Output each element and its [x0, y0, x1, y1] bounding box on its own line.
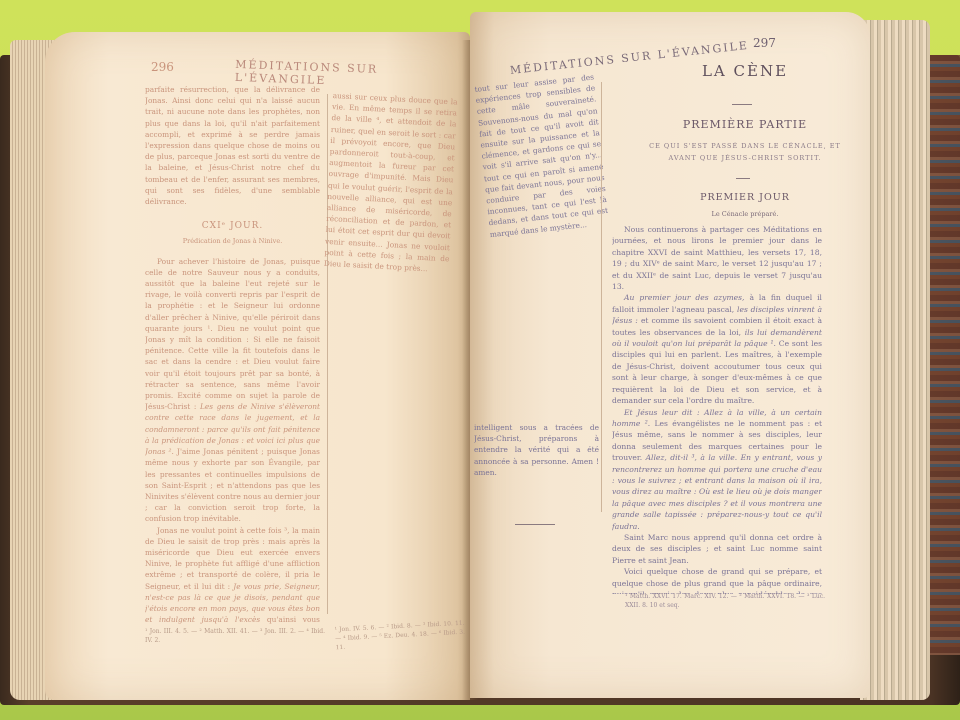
right-footnote-2: ¹ Matth. XXVI. 17. Marc. XIV. 12. — ² Ma… [625, 592, 825, 616]
paragraph: intelligent sous a tracées de Jésus-Chri… [474, 422, 599, 478]
section-subtitle: Prédication de Jonas à Ninive. [145, 236, 320, 247]
paragraph: aussi sur ceux plus douce que la vie. En… [324, 90, 458, 276]
left-page-number: 296 [151, 60, 174, 74]
paragraph: Au premier jour des azymes, à la fin duq… [612, 292, 822, 406]
right-column-2: Nous continuerons à partager ces Méditat… [612, 224, 822, 594]
paragraph: Voici quelque chose de grand qui se prép… [612, 566, 822, 594]
right-column-1: tout sur leur assise par des expériences… [474, 71, 635, 481]
part-subtitle-2: AVANT QUE JÉSUS-CHRIST SORTIT. [620, 154, 870, 162]
paragraph: Jonas ne voulut point à cette fois ³, la… [145, 525, 320, 624]
left-footnote-2: ¹ Jon. IV. 5. 6. — ² Ibid. 8. — ³ Ibid. … [334, 619, 465, 650]
divider [736, 178, 750, 179]
paragraph: Et Jésus leur dit : Allez à la ville, à … [612, 407, 822, 532]
paragraph: Nous continuerons à partager ces Méditat… [612, 224, 822, 292]
end-divider [515, 524, 555, 525]
book-cover-edge [930, 55, 960, 655]
paragraph: tout sur leur assise par des expériences… [474, 71, 610, 240]
part-subtitle-1: CE QUI S'EST PASSÉ DANS LE CÉNACLE, ET [610, 142, 880, 150]
left-page: 296 MÉDITATIONS SUR L'ÉVANGILE parfaite … [45, 32, 470, 700]
paragraph: Pour achever l'histoire de Jonas, puisqu… [145, 256, 320, 525]
day-title: PREMIER JOUR [620, 192, 870, 203]
part-title: PREMIÈRE PARTIE [620, 118, 870, 131]
chapter-title: LA CÈNE [620, 62, 870, 80]
right-page-stack [860, 20, 930, 700]
paragraph: parfaite résurrection, que la délivrance… [145, 84, 320, 207]
left-column-1: parfaite résurrection, que la délivrance… [145, 84, 320, 624]
divider [732, 104, 752, 105]
right-page-number: 297 [753, 36, 776, 50]
paragraph: Saint Marc nous apprend qu'il donna cet … [612, 532, 822, 566]
column-rule [601, 82, 602, 512]
left-column-2: aussi sur ceux plus douce que la vie. En… [306, 90, 458, 616]
right-page: MÉDITATIONS SUR L'ÉVANGILE 297 tout sur … [470, 12, 870, 698]
right-column-1-end: intelligent sous a tracées de Jésus-Chri… [474, 422, 599, 482]
day-subtitle: Le Cénacle préparé. [620, 210, 870, 218]
section-title: CXIᵉ JOUR. [145, 221, 320, 232]
left-footnote-1: ¹ Jon. III. 4. 5. — ² Matth. XII. 41. — … [145, 627, 325, 651]
